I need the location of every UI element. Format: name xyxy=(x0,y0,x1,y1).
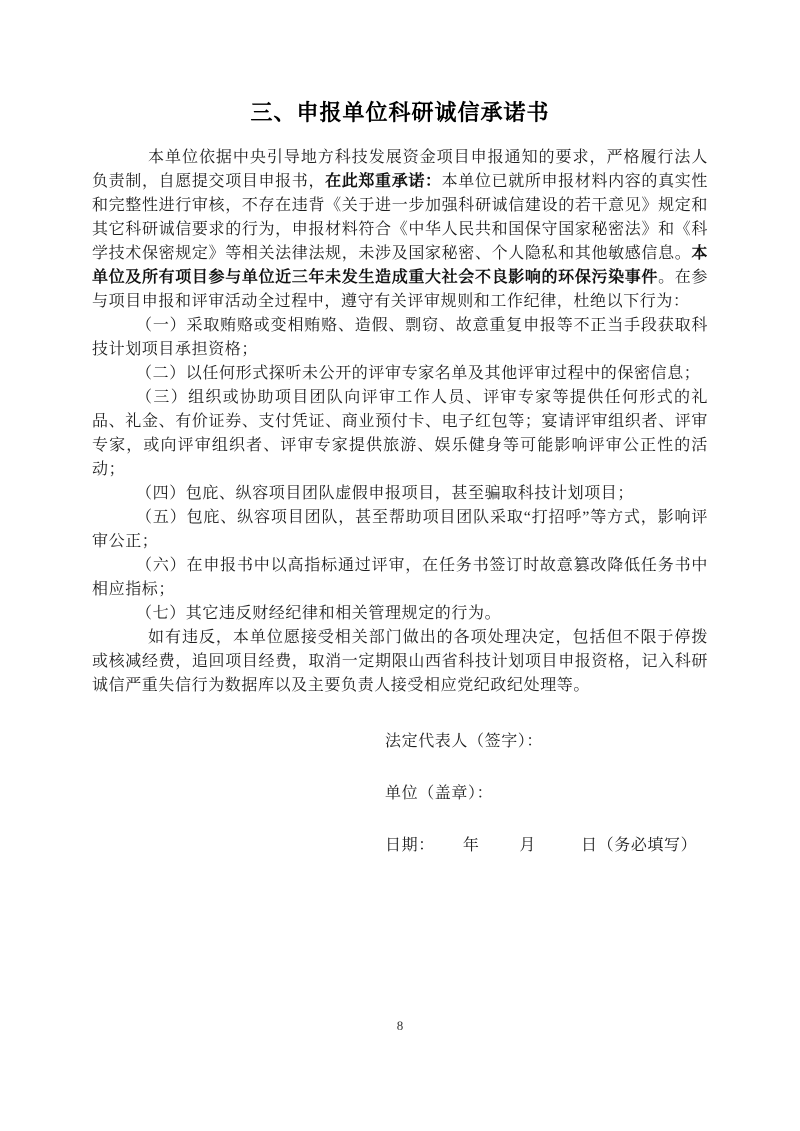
document-page: 三、申报单位科研诚信承诺书 本单位依据中央引导地方科技发展资金项目申报通知的要求… xyxy=(0,0,800,1131)
commitment-item-1: （一）采取贿赂或变相贿赂、造假、剽窃、故意重复申报等不正当手段获取科技计划项目承… xyxy=(92,314,708,362)
document-content: 三、申报单位科研诚信承诺书 本单位依据中央引导地方科技发展资金项目申报通知的要求… xyxy=(92,100,708,858)
unit-seal-line: 单位（盖章）： xyxy=(385,782,708,806)
page-title: 三、申报单位科研诚信承诺书 xyxy=(92,100,708,128)
date-line: 日期：年月日（务必填写） xyxy=(385,834,708,858)
commitment-item-6: （六）在申报书中以高指标通过评审，在任务书签订时故意篡改降低任务书中相应指标； xyxy=(92,554,708,602)
date-label: 日期： xyxy=(385,837,435,854)
commitment-item-4: （四）包庇、纵容项目团队虚假申报项目，甚至骗取科技计划项目； xyxy=(92,482,708,506)
signature-block: 法定代表人（签字）： 单位（盖章）： 日期：年月日（务必填写） xyxy=(92,730,708,858)
legal-representative-signature-line: 法定代表人（签字）： xyxy=(385,730,708,754)
intro-bold-commitment: 在此郑重承诺： xyxy=(325,173,442,190)
commitment-item-5: （五）包庇、纵容项目团队，甚至帮助项目团队采取“打招呼”等方式，影响评审公正； xyxy=(92,506,708,554)
page-number: 8 xyxy=(0,1018,800,1034)
date-month-label: 月 xyxy=(519,837,536,854)
date-day-label: 日（务必填写） xyxy=(581,837,697,854)
date-year-label: 年 xyxy=(463,837,480,854)
commitment-item-3: （三）组织或协助项目团队向评审工作人员、评审专家等提供任何形式的礼品、礼金、有价… xyxy=(92,386,708,482)
intro-paragraph: 本单位依据中央引导地方科技发展资金项目申报通知的要求，严格履行法人负责制，自愿提… xyxy=(92,146,708,314)
closing-paragraph: 如有违反，本单位愿接受相关部门做出的各项处理决定，包括但不限于停拨或核减经费，追… xyxy=(92,626,708,698)
commitment-item-2: （二）以任何形式探听未公开的评审专家名单及其他评审过程中的保密信息； xyxy=(92,362,708,386)
commitment-item-7: （七）其它违反财经纪律和相关管理规定的行为。 xyxy=(92,602,708,626)
